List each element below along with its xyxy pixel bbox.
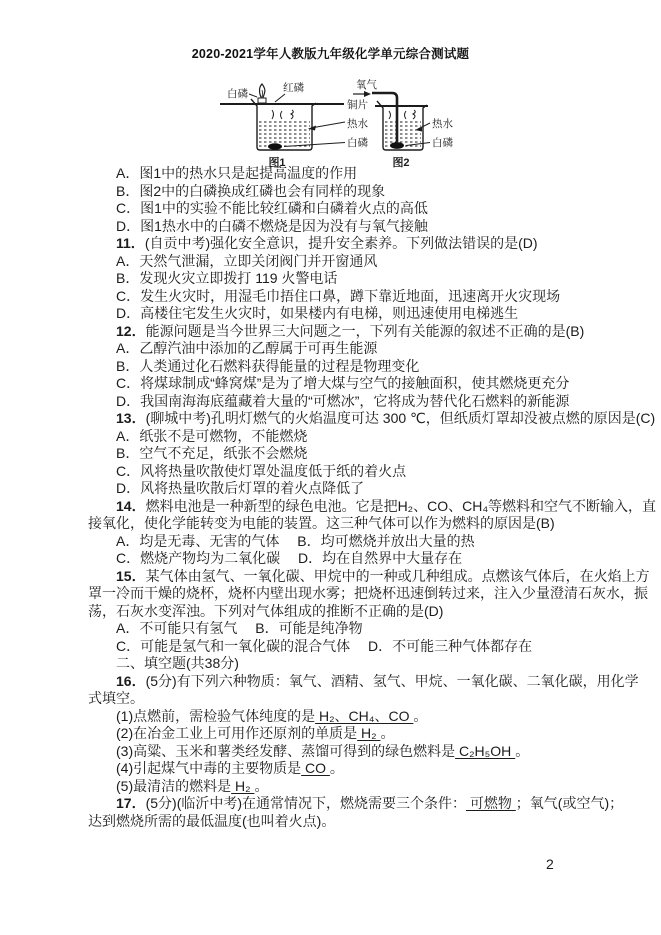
line-text: 。 — [380, 725, 394, 741]
text-line: D．我国南海海底蕴藏着大量的“可燃冰”，它将成为替代化石燃料的新能源 — [88, 393, 598, 411]
steam-squiggle — [389, 111, 391, 119]
line-text: (5分)有下列六种物质：氧气、酒精、氢气、甲烷、一氧化碳、二氧化碳，用化学 — [146, 673, 639, 689]
fig1-hongLin-pointer-line — [275, 94, 285, 102]
line-text: 二、填空题(共38分) — [116, 655, 239, 671]
text-line: D．高楼住宅发生火灾时，如果楼内有电梯，则迅速使用电梯逃生 — [88, 305, 598, 323]
line-text: 达到燃烧所需的最低温度(也叫着火点)。 — [88, 813, 335, 829]
text-line: A．均是无毒、无害的气体 B．均可燃烧并放出大量的热 — [88, 533, 598, 551]
answer-blank: C₂H₅OH — [455, 743, 515, 759]
white-phosphorus-blob-fig1 — [268, 143, 282, 149]
line-text: 荡，石灰水变浑浊。下列对气体组成的推断不正确的是(D) — [88, 603, 443, 619]
fig2-white-phosphorus-label: 白磷 — [432, 136, 453, 149]
text-line: (3)高粱、玉米和薯类经发酵、蒸馏可得到的绿色燃料是 C₂H₅OH 。 — [88, 743, 598, 761]
line-text: D．图1热水中的白磷不燃烧是因为没有与氧气接触 — [116, 218, 428, 234]
text-line: B．发现火灾立即拨打 119 火警电话 — [88, 270, 598, 288]
fig1-red-phosphorus-label: 红磷 — [283, 81, 304, 94]
fig2-hot-water-label: 热水 — [432, 117, 453, 130]
line-text: A．不可能只有氢气 B．可能是纯净物 — [116, 620, 363, 636]
text-line: C．风将热量吹散使灯罩处温度低于纸的着火点 — [88, 463, 598, 481]
line-text: 式填空。 — [88, 690, 144, 706]
line-text: D．我国南海海底蕴藏着大量的“可燃冰”，它将成为替代化石燃料的新能源 — [116, 393, 569, 409]
white-phosphorus-blob-fig2 — [390, 142, 404, 149]
page-title: 2020-2021学年人教版九年级化学单元综合测试题 — [0, 44, 661, 62]
text-line: 12．能源问题是当今世界三大问题之一，下列有关能源的叙述不正确的是(B) — [88, 323, 598, 341]
line-text: A．图1中的热水只是起提高温度的作用 — [116, 165, 357, 181]
question-number: 11． — [116, 235, 145, 251]
text-line: C．燃烧产物均为二氧化碳 D．均在自然界中大量存在 — [88, 550, 598, 568]
text-line: C．将煤球制成“蜂窝煤”是为了增大煤与空气的接触面积，使其燃烧更充分 — [88, 375, 598, 393]
text-line: C．发生火灾时，用湿毛巾捂住口鼻，蹲下靠近地面，迅速离开火灾现场 — [88, 288, 598, 306]
question-number: 17． — [116, 795, 146, 811]
line-text: C．将煤球制成“蜂窝煤”是为了增大煤与空气的接触面积，使其燃烧更充分 — [116, 375, 569, 391]
text-line: 达到燃烧所需的最低温度(也叫着火点)。 — [88, 813, 598, 831]
text-line: 13．(聊城中考)孔明灯燃气的火焰温度可达 300 ℃，但纸质灯罩却没被点燃的原… — [88, 410, 598, 428]
line-text: (5)最清洁的燃料是 — [116, 778, 231, 794]
answer-blank: 可燃物 — [466, 795, 516, 811]
question-number: 14． — [116, 498, 146, 514]
line-text: A．天然气泄漏，立即关闭阀门并开窗通风 — [116, 253, 377, 269]
line-text: C．燃烧产物均为二氧化碳 D．均在自然界中大量存在 — [116, 550, 462, 566]
text-line: A．纸张不是可燃物，不能燃烧 — [88, 428, 598, 446]
text-line: 接氧化，使化学能转变为电能的装置。这三种气体可以作为燃料的原因是(B) — [88, 515, 598, 533]
phosphorus-lump — [258, 98, 266, 103]
fig1-baiLin-pointer-line — [249, 94, 257, 97]
line-text: (自贡中考)强化安全意识，提升安全素养。下列做法错误的是(D) — [145, 235, 538, 251]
line-text: B．空气不充足，纸张不会燃烧 — [116, 445, 307, 461]
question-number: 15． — [116, 568, 146, 584]
text-line: (1)点燃前，需检验气体纯度的是 H₂、CH₄、CO 。 — [88, 708, 598, 726]
text-line: 罩一冷而干燥的烧杯，烧杯内壁出现水雾；把烧杯迅速倒转过来，注入少量澄清石灰水，振 — [88, 585, 598, 603]
text-line: 15．某气体由氢气、一氧化碳、甲烷中的一种或几种组成。点燃该气体后，在火焰上方 — [88, 568, 598, 586]
line-text: C．图1中的实验不能比较红磷和白磷着火点的高低 — [116, 200, 428, 216]
text-line: 11．(自贡中考)强化安全意识，提升安全素养。下列做法错误的是(D) — [88, 235, 598, 253]
steam-squiggle — [272, 110, 274, 119]
line-text: B．人类通过化石燃料获得能量的过程是物理变化 — [116, 358, 419, 374]
text-line: A．天然气泄漏，立即关闭阀门并开窗通风 — [88, 253, 598, 271]
line-text: 。 — [413, 708, 427, 724]
water-texture-fig2 — [385, 122, 421, 146]
line-text: C．发生火灾时，用湿毛巾捂住口鼻，蹲下靠近地面，迅速离开火灾现场 — [116, 288, 560, 304]
line-text: B．发现火灾立即拨打 119 火警电话 — [116, 270, 337, 286]
question-number: 12． — [116, 323, 146, 339]
page-number: 2 — [546, 856, 554, 872]
phosphorus-experiment-diagram: 白磷 红磷 铜片 热水 白磷 — [195, 78, 495, 170]
gas-tube — [372, 93, 397, 142]
line-text: (5分)(临沂中考)在通常情况下，燃烧需要三个条件： — [146, 795, 466, 811]
text-line: A．图1中的热水只是起提高温度的作用 — [88, 165, 598, 183]
line-text: ；氧气(或空气)； — [516, 795, 623, 811]
test-paper-page: 2020-2021学年人教版九年级化学单元综合测试题 白磷 红磷 — [0, 0, 661, 935]
text-line: 17．(5分)(临沂中考)在通常情况下，燃烧需要三个条件： 可燃物 ；氧气(或空… — [88, 795, 598, 813]
text-line: A．不可能只有氢气 B．可能是纯净物 — [88, 620, 598, 638]
answer-blank: H₂、CH₄、CO — [315, 708, 413, 724]
fig1-baiLin-bottom-pointer-line — [284, 143, 345, 147]
text-line: D．风将热量吹散后灯罩的着火点降低了 — [88, 480, 598, 498]
line-text: 。 — [254, 778, 268, 794]
line-text: A．乙醇汽油中添加的乙醇属于可再生能源 — [116, 340, 377, 356]
line-text: D．风将热量吹散后灯罩的着火点降低了 — [116, 480, 364, 496]
text-line: (4)引起煤气中毒的主要物质是 CO 。 — [88, 760, 598, 778]
line-text: B．图2中的白磷换成红磷也会有同样的现象 — [116, 183, 385, 199]
line-text: 。 — [330, 760, 344, 776]
text-line: D．图1热水中的白磷不燃烧是因为没有与氧气接触 — [88, 218, 598, 236]
line-text: A．纸张不是可燃物，不能燃烧 — [116, 428, 307, 444]
text-line: B．图2中的白磷换成红磷也会有同样的现象 — [88, 183, 598, 201]
text-line: (5)最清洁的燃料是 H₂ 。 — [88, 778, 598, 796]
text-line: 式填空。 — [88, 690, 598, 708]
line-text: C．可能是氢气和一氧化碳的混合气体 D．不可能三种气体都存在 — [116, 638, 532, 654]
text-line: 16．(5分)有下列六种物质：氧气、酒精、氢气、甲烷、一氧化碳、二氧化碳，用化学 — [88, 673, 598, 691]
fig1-white-phosphorus-top-label: 白磷 — [227, 87, 248, 100]
line-text: 某气体由氢气、一氧化碳、甲烷中的一种或几种组成。点燃该气体后，在火焰上方 — [146, 568, 650, 584]
text-line: C．可能是氢气和一氧化碳的混合气体 D．不可能三种气体都存在 — [88, 638, 598, 656]
line-text: (2)在冶金工业上可用作还原剂的单质是 — [116, 725, 357, 741]
text-line: A．乙醇汽油中添加的乙醇属于可再生能源 — [88, 340, 598, 358]
water-texture-fig1 — [259, 122, 310, 146]
question-number: 16． — [116, 673, 146, 689]
text-line: C．图1中的实验不能比较红磷和白磷着火点的高低 — [88, 200, 598, 218]
fig1-hot-water-label: 热水 — [347, 117, 368, 130]
text-line: 二、填空题(共38分) — [88, 655, 598, 673]
line-text: (4)引起煤气中毒的主要物质是 — [116, 760, 301, 776]
fig2-oxygen-label: 氧气 — [356, 78, 377, 91]
fig2-hot-water-arrowhead — [415, 127, 422, 132]
steam-squiggle — [413, 110, 415, 119]
line-text: 。 — [515, 743, 529, 759]
line-text: A．均是无毒、无害的气体 B．均可燃烧并放出大量的热 — [116, 533, 475, 549]
oxygen-arrowhead — [364, 91, 371, 97]
fig1-copper-sheet-label: 铜片 — [347, 98, 368, 111]
answer-blank: H₂ — [357, 725, 380, 741]
line-text: D．高楼住宅发生火灾时，如果楼内有电梯，则迅速使用电梯逃生 — [116, 305, 518, 321]
line-text: (1)点燃前，需检验气体纯度的是 — [116, 708, 315, 724]
fig1-white-phosphorus-bottom-label: 白磷 — [347, 136, 368, 149]
line-text: 能源问题是当今世界三大问题之一，下列有关能源的叙述不正确的是(B) — [146, 323, 585, 339]
text-lines: A．图1中的热水只是起提高温度的作用B．图2中的白磷换成红磷也会有同样的现象C．… — [88, 165, 598, 830]
text-line: B．空气不充足，纸张不会燃烧 — [88, 445, 598, 463]
line-text: C．风将热量吹散使灯罩处温度低于纸的着火点 — [116, 463, 406, 479]
fig1-hot-water-pointer-line — [311, 122, 345, 128]
answer-blank: CO — [301, 760, 330, 776]
answer-blank: H₂ — [231, 778, 254, 794]
line-text: 接氧化，使化学能转变为电能的装置。这三种气体可以作为燃料的原因是(B) — [88, 515, 555, 531]
text-line: 荡，石灰水变浑浊。下列对气体组成的推断不正确的是(D) — [88, 603, 598, 621]
steam-squiggle — [281, 111, 283, 119]
line-text: 燃料电池是一种新型的绿色电池。它是把H₂、CO、CH₄等燃料和空气不断输入，直 — [146, 498, 656, 514]
steam-squiggle — [405, 111, 407, 119]
line-text: (3)高粱、玉米和薯类经发酵、蒸馏可得到的绿色燃料是 — [116, 743, 455, 759]
question-number: 13． — [116, 410, 146, 426]
steam-squiggle — [291, 110, 293, 119]
experiment-figure: 白磷 红磷 铜片 热水 白磷 — [195, 78, 495, 170]
text-line: 14．燃料电池是一种新型的绿色电池。它是把H₂、CO、CH₄等燃料和空气不断输入… — [88, 498, 598, 516]
line-text: 罩一冷而干燥的烧杯，烧杯内壁出现水雾；把烧杯迅速倒转过来，注入少量澄清石灰水，振 — [88, 585, 648, 601]
text-line: B．人类通过化石燃料获得能量的过程是物理变化 — [88, 358, 598, 376]
line-text: (聊城中考)孔明灯燃气的火焰温度可达 300 ℃，但纸质灯罩却没被点燃的原因是(… — [146, 410, 656, 426]
text-line: (2)在冶金工业上可用作还原剂的单质是 H₂ 。 — [88, 725, 598, 743]
fig2-baiLin-pointer-line — [406, 143, 430, 146]
